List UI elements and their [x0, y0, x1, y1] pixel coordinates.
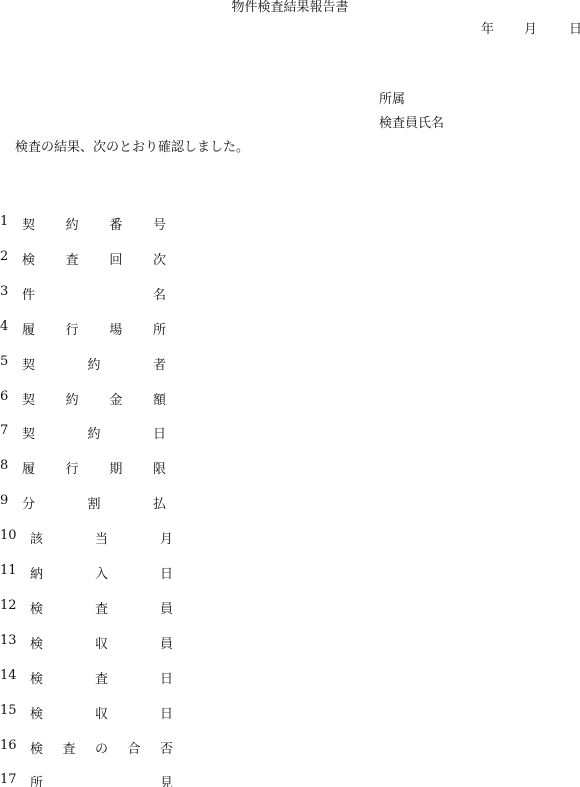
list-item: 2検査回次 — [0, 249, 200, 267]
item-label-char: 所 — [30, 772, 43, 787]
item-label-char: 日 — [160, 563, 173, 582]
list-item: 17所見 — [0, 772, 200, 787]
item-label-char: 査 — [63, 738, 76, 757]
item-label-char: 収 — [95, 703, 108, 722]
item-label-char: 納 — [30, 563, 43, 582]
item-label-char: 査 — [66, 249, 79, 268]
item-label-char: 査 — [95, 668, 108, 687]
item-number: 14 — [0, 668, 17, 683]
item-label-char: 検 — [30, 738, 43, 757]
item-label-char: 契 — [22, 423, 35, 442]
item-number: 1 — [0, 214, 8, 229]
affiliation-label: 所属 — [379, 92, 405, 108]
item-label-char: 検 — [30, 668, 43, 687]
item-label-char: 番 — [109, 214, 122, 233]
item-label-char: 行 — [66, 458, 79, 477]
item-label-char: 額 — [153, 389, 166, 408]
list-item: 5契約者 — [0, 354, 200, 372]
item-number: 9 — [0, 493, 8, 508]
item-label-char: 検 — [30, 598, 43, 617]
item-label-char: 日 — [153, 423, 166, 442]
list-item: 10該当月 — [0, 528, 200, 546]
list-item: 11納入日 — [0, 563, 200, 581]
date-day-label: 日 — [569, 22, 580, 38]
item-label-char: 者 — [153, 354, 166, 373]
list-item: 1契約番号 — [0, 214, 200, 232]
item-number: 7 — [0, 423, 8, 438]
list-item: 7契約日 — [0, 423, 200, 441]
item-number: 3 — [0, 284, 8, 299]
list-item: 16検査の合否 — [0, 738, 200, 756]
item-number: 6 — [0, 389, 8, 404]
document-title-text: 物件検査結果報告書 — [231, 0, 348, 15]
item-label-char: 分 — [22, 493, 35, 512]
item-number: 13 — [0, 633, 17, 648]
date-month-label: 月 — [524, 22, 537, 38]
inspector-name-label: 検査員氏名 — [379, 116, 444, 132]
item-label-char: 名 — [153, 284, 166, 303]
item-label-char: 否 — [160, 738, 173, 757]
list-item: 4履行場所 — [0, 319, 200, 337]
item-label-char: 約 — [66, 214, 79, 233]
item-label-char: 契 — [22, 214, 35, 233]
item-label-char: 所 — [153, 319, 166, 338]
list-item: 15検収日 — [0, 703, 200, 721]
item-label-char: 検 — [30, 633, 43, 652]
item-number: 17 — [0, 772, 17, 787]
item-label-char: 回 — [109, 249, 122, 268]
item-number: 11 — [0, 563, 17, 578]
item-number: 10 — [0, 528, 17, 543]
item-label-char: 号 — [153, 214, 166, 233]
item-label-char: 履 — [22, 319, 35, 338]
list-item: 13検収員 — [0, 633, 200, 651]
item-number: 4 — [0, 319, 8, 334]
item-label-char: 検 — [22, 249, 35, 268]
document-title: 物件検査結果報告書 — [0, 0, 580, 16]
item-label-char: 払 — [153, 493, 166, 512]
item-number: 16 — [0, 738, 17, 753]
item-label-char: 約 — [88, 354, 101, 373]
item-label-char: 件 — [22, 284, 35, 303]
item-label-char: 約 — [88, 423, 101, 442]
item-label-char: 検 — [30, 703, 43, 722]
item-label-char: 員 — [160, 598, 173, 617]
item-label-char: 該 — [30, 528, 43, 547]
item-label-char: 日 — [160, 703, 173, 722]
date-year-label: 年 — [481, 22, 494, 38]
intro-text: 検査の結果、次のとおり確認しました。 — [15, 140, 249, 156]
item-number: 5 — [0, 354, 8, 369]
item-label-char: 契 — [22, 389, 35, 408]
item-label-char: 入 — [95, 563, 108, 582]
item-label-char: 月 — [160, 528, 173, 547]
item-label-char: 日 — [160, 668, 173, 687]
item-label-char: 行 — [66, 319, 79, 338]
list-item: 6契約金額 — [0, 389, 200, 407]
item-label-char: 限 — [153, 458, 166, 477]
list-item: 9分割払 — [0, 493, 200, 511]
item-label-char: 割 — [88, 493, 101, 512]
list-item: 12検査員 — [0, 598, 200, 616]
item-label-char: の — [95, 738, 108, 757]
item-label-char: 合 — [128, 738, 141, 757]
list-item: 3件名 — [0, 284, 200, 302]
item-label-char: 約 — [66, 389, 79, 408]
item-label-char: 次 — [153, 249, 166, 268]
item-label-char: 見 — [160, 772, 173, 787]
item-label-char: 査 — [95, 598, 108, 617]
item-label-char: 金 — [109, 389, 122, 408]
item-label-char: 当 — [95, 528, 108, 547]
list-item: 8履行期限 — [0, 458, 200, 476]
item-label-char: 収 — [95, 633, 108, 652]
item-number: 15 — [0, 703, 17, 718]
item-label-char: 期 — [109, 458, 122, 477]
list-item: 14検査日 — [0, 668, 200, 686]
item-label-char: 履 — [22, 458, 35, 477]
item-number: 12 — [0, 598, 17, 613]
item-number: 8 — [0, 458, 8, 473]
item-label-char: 契 — [22, 354, 35, 373]
item-label-char: 員 — [160, 633, 173, 652]
item-number: 2 — [0, 249, 8, 264]
item-label-char: 場 — [109, 319, 122, 338]
